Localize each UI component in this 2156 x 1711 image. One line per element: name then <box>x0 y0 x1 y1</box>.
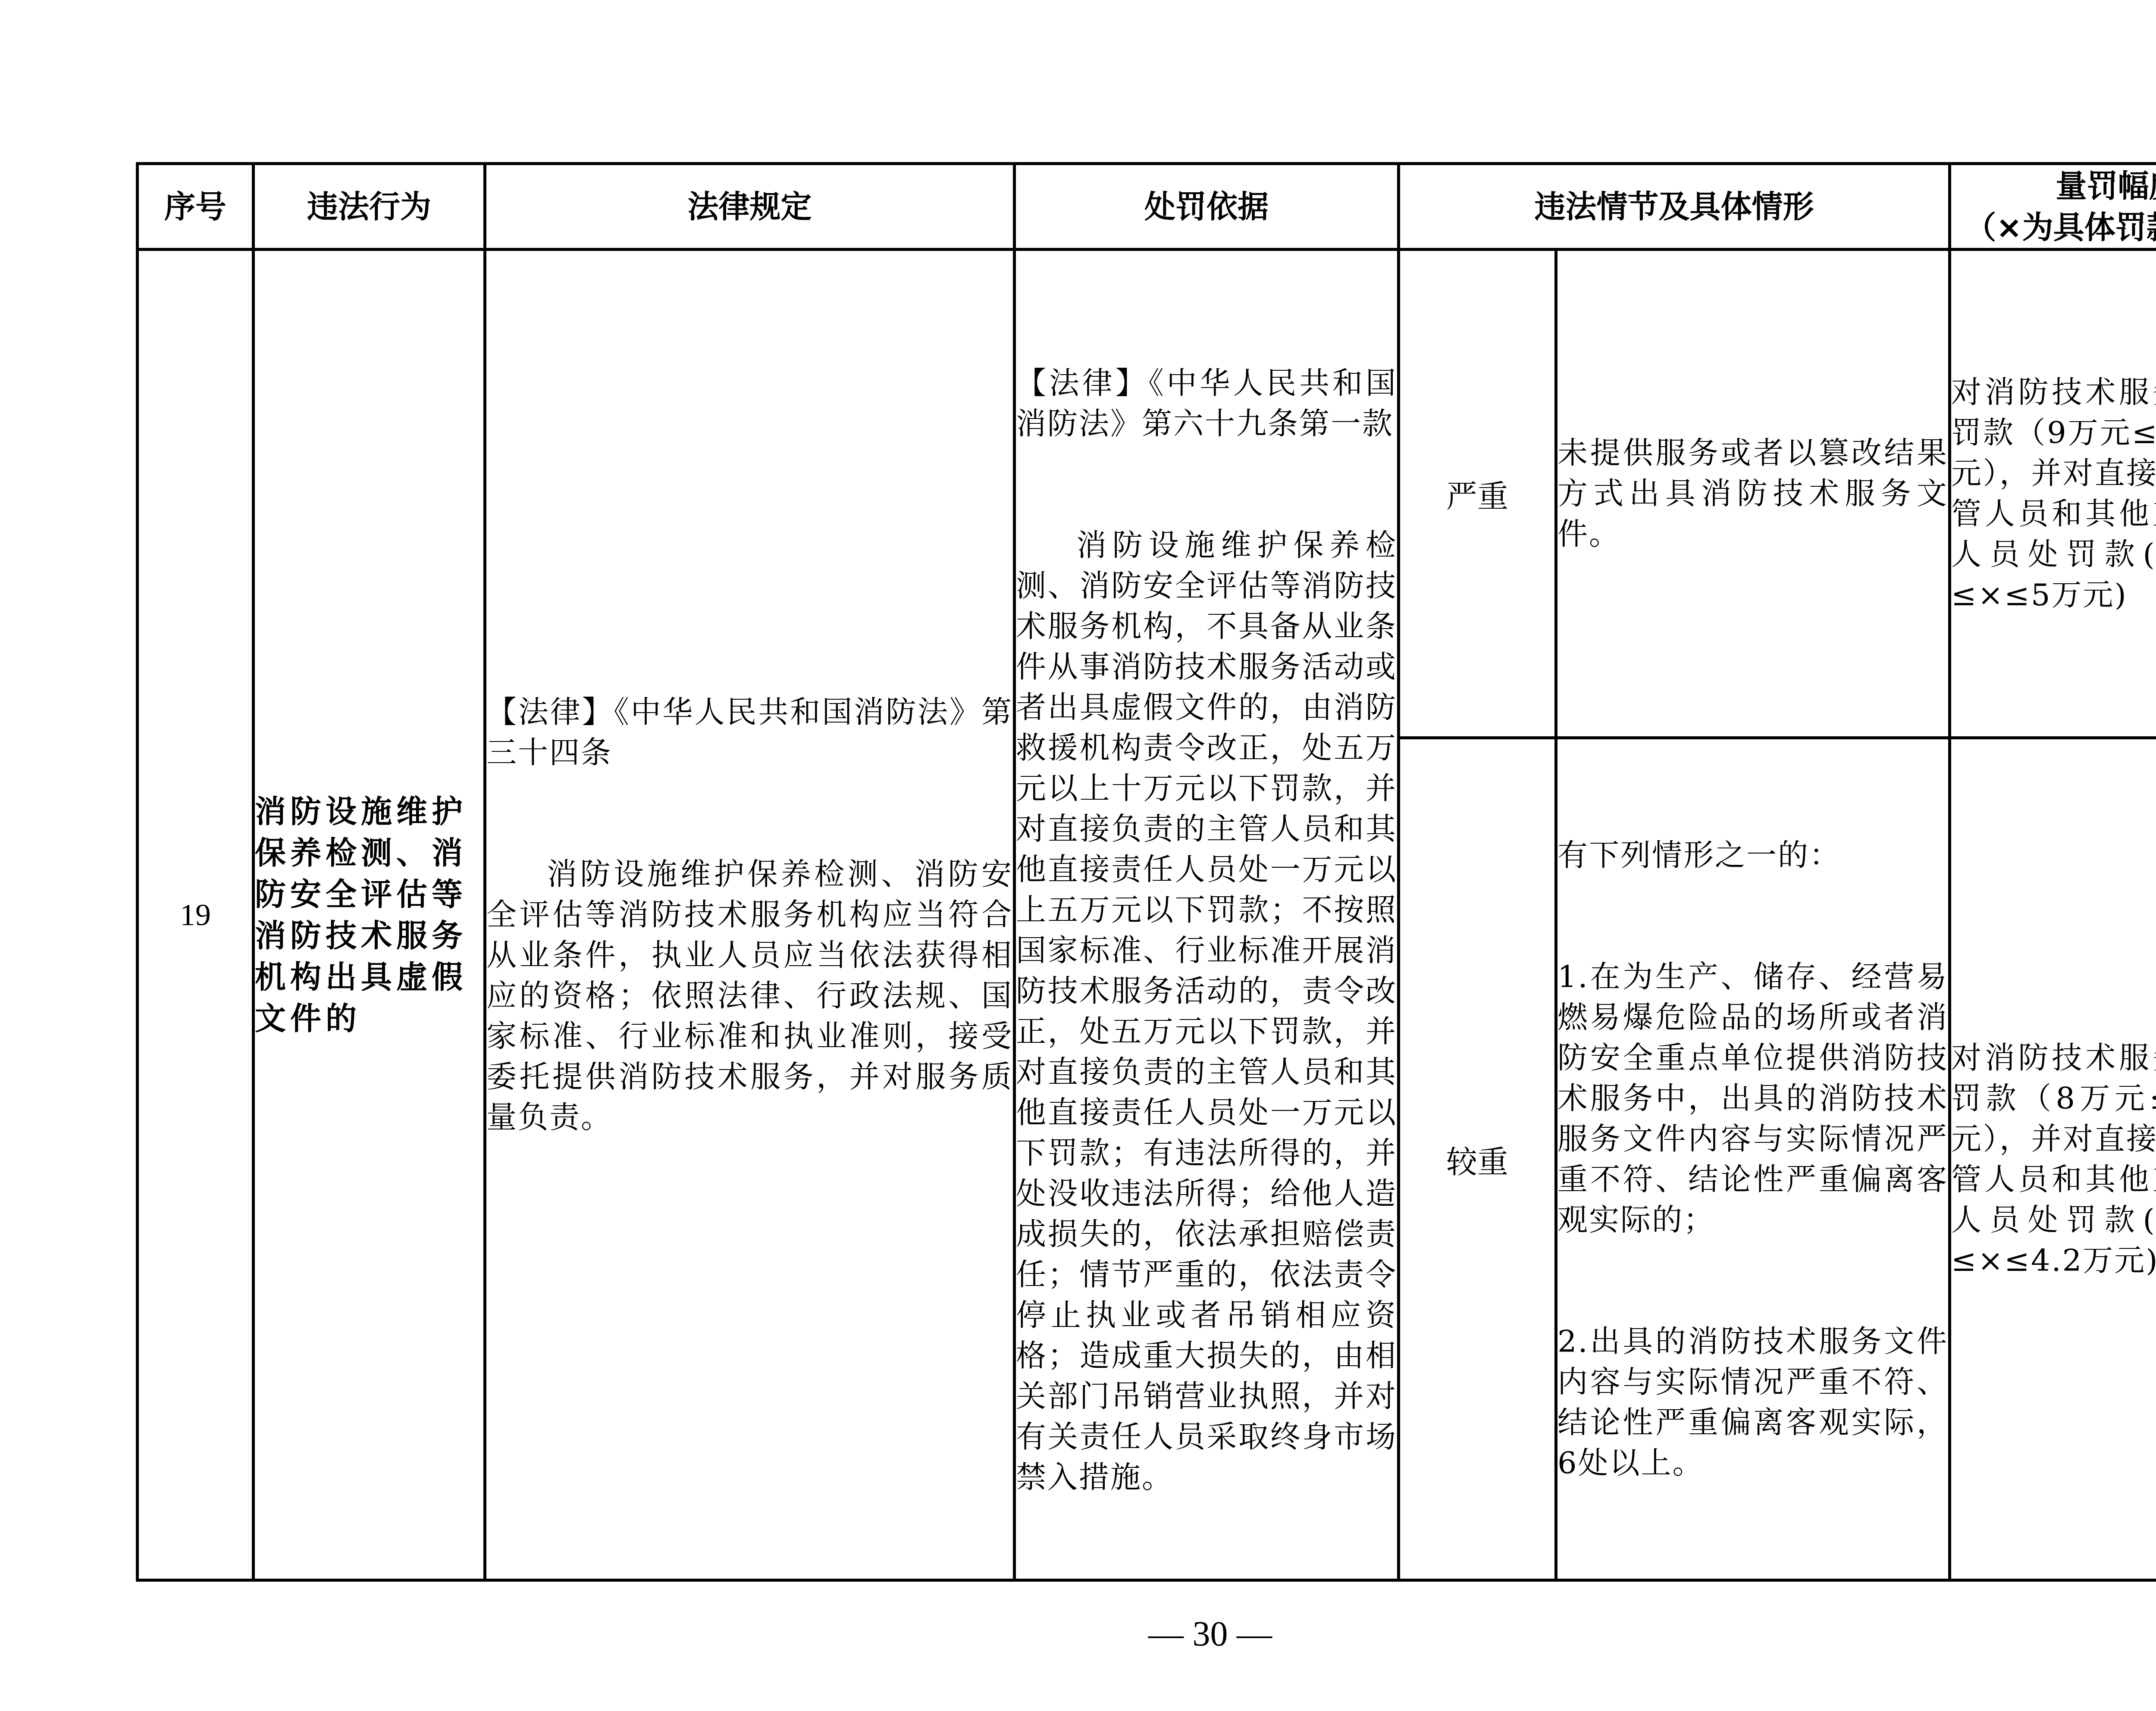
law-provision-cell: 【法律】《中华人民共和国消防法》第三十四条 消防设施维护保养检测、消防安全评估等… <box>485 250 1015 1580</box>
penalty-standards-table: 序号 违法行为 法律规定 处罚依据 违法情节及具体情形 量罚幅度 （×为具体罚款… <box>136 162 2156 1582</box>
law-provision-citation: 【法律】《中华人民共和国消防法》第三十四条 <box>486 692 1013 773</box>
penalty-range-heavy: 对消防技术服务机构处罚款（8万元≤×≤9万元），并对直接负责的主管人员和其他直接… <box>1950 738 2156 1580</box>
header-penalty-basis: 处罚依据 <box>1015 164 1399 250</box>
header-law-provision: 法律规定 <box>485 164 1015 250</box>
document-page: 序号 违法行为 法律规定 处罚依据 违法情节及具体情形 量罚幅度 （×为具体罚款… <box>0 0 2156 1711</box>
penalty-range-severe: 对消防技术服务机构处罚款（9万元≤×≤10万元），并对直接负责的主管人员和其他直… <box>1950 250 2156 738</box>
circumstance-heavy-intro: 有下列情形之一的： <box>1557 835 1948 876</box>
header-circumstances: 违法情节及具体情形 <box>1399 164 1950 250</box>
header-behavior: 违法行为 <box>254 164 485 250</box>
violation-behavior: 消防设施维护保养检测、消防安全评估等消防技术服务机构出具虚假文件的 <box>254 250 485 1580</box>
table-row-severe: 19 消防设施维护保养检测、消防安全评估等消防技术服务机构出具虚假文件的 【法律… <box>138 250 2156 738</box>
row-number: 19 <box>138 250 254 1580</box>
penalty-basis-text: 消防设施维护保养检测、消防安全评估等消防技术服务机构，不具备从业条件从事消防技术… <box>1016 525 1397 1498</box>
circumstance-heavy-item-1: 1.在为生产、储存、经营易燃易爆危险品的场所或者消防安全重点单位提供消防技术服务… <box>1557 957 1948 1240</box>
circumstance-severe: 未提供服务或者以篡改结果方式出具消防技术服务文件。 <box>1556 250 1950 738</box>
header-penalty-range-note: （×为具体罚款金额） <box>1951 206 2156 248</box>
page-number: — 30 — <box>0 1612 2156 1655</box>
level-heavy: 较重 <box>1399 738 1556 1580</box>
header-no: 序号 <box>138 164 254 250</box>
penalty-basis-citation: 【法律】《中华人民共和国消防法》第六十九条第一款 <box>1016 363 1397 444</box>
table-header-row: 序号 违法行为 法律规定 处罚依据 违法情节及具体情形 量罚幅度 （×为具体罚款… <box>138 164 2156 250</box>
law-provision-text: 消防设施维护保养检测、消防安全评估等消防技术服务机构应当符合从业条件，执业人员应… <box>486 854 1013 1138</box>
header-penalty-range-title: 量罚幅度 <box>1951 165 2156 206</box>
circumstance-heavy-item-2: 2.出具的消防技术服务文件内容与实际情况严重不符、结论性严重偏离客观实际，6处以… <box>1557 1321 1948 1483</box>
circumstance-heavy: 有下列情形之一的： 1.在为生产、储存、经营易燃易爆危险品的场所或者消防安全重点… <box>1556 738 1950 1580</box>
penalty-basis-cell: 【法律】《中华人民共和国消防法》第六十九条第一款 消防设施维护保养检测、消防安全… <box>1015 250 1399 1580</box>
level-severe: 严重 <box>1399 250 1556 738</box>
header-penalty-range: 量罚幅度 （×为具体罚款金额） <box>1950 164 2156 250</box>
